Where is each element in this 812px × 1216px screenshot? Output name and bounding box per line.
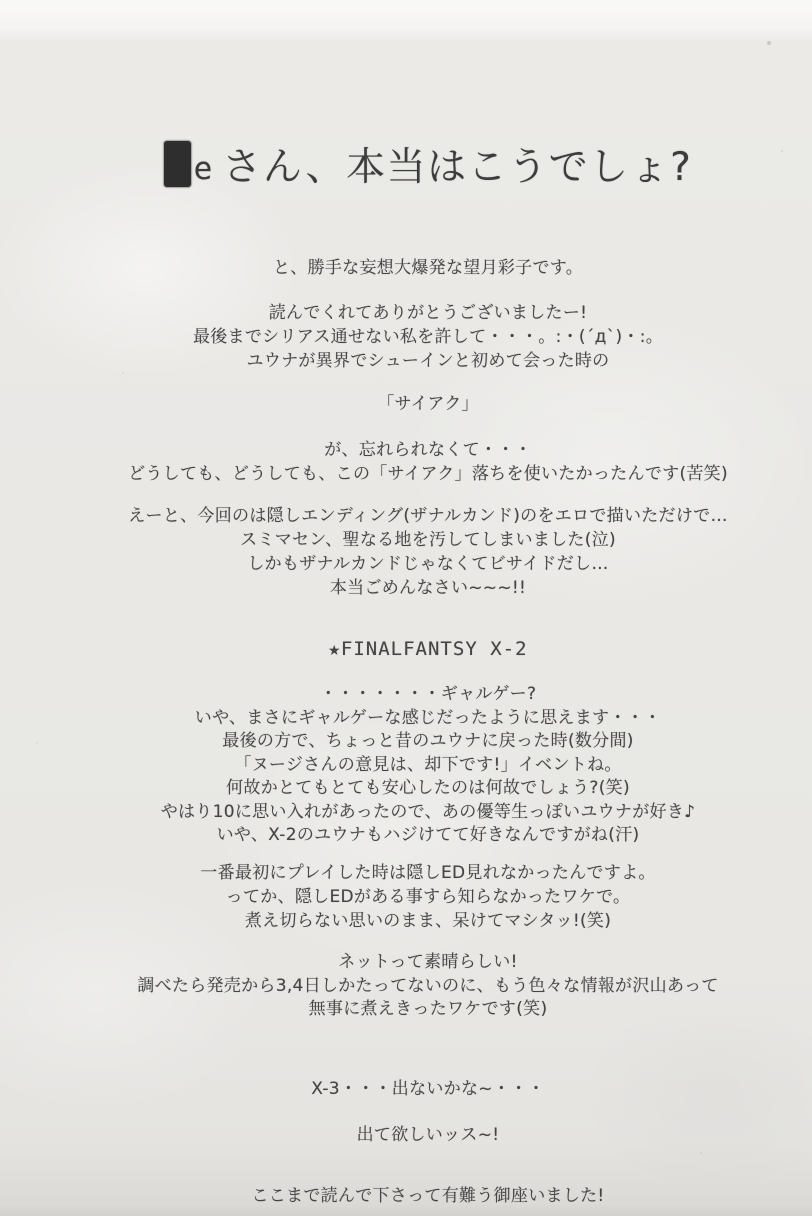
censor-block-icon — [164, 141, 191, 187]
text-line: しかもザナルカンドじゃなくてビサイドだし… — [58, 552, 798, 576]
text-line: ・・・・・・・ギャルゲー? — [58, 683, 798, 707]
text-line: ここまで読んで下さって有難う御座いました! — [58, 1185, 798, 1208]
text-block-hidden-ed: 一番最初にプレイした時は隠しED見れなかったんですよ。 ってか、隠しEDがある事… — [58, 861, 798, 933]
text-line: 調べたら発売から3,4日しかたってないのに、もう色々な情報が沢山あって — [58, 975, 798, 999]
text-line: えーと、今回のは隠しエンディング(ザナルカンド)のをエロで描いただけで… — [58, 504, 798, 528]
text-line: 最後の方で、ちょっと昔のユウナに戻った時(数分間) — [58, 730, 798, 754]
text-line: 煮え切らない思いのまま、呆けてマシタッ!(笑) — [58, 909, 798, 933]
text-line: ユウナが異界でシューインと初めて会った時の — [58, 349, 798, 373]
text-line: 何故かとてもとても安心したのは何故でしょう?(笑) — [58, 777, 798, 801]
text-block-net: ネットって素晴らしい! 調べたら発売から3,4日しかたってないのに、もう色々な情… — [58, 951, 798, 1022]
text-line: いや、まさにギャルゲーな感じだったように思えます・・・ — [58, 707, 798, 731]
text-line: スミマセン、聖なる地を汚してしまいました(泣) — [58, 528, 798, 552]
text-line: どうしても、どうしても、この「サイアク」落ちを使いたかったんです(苦笑) — [58, 462, 798, 486]
title-letter-e: e — [194, 151, 214, 187]
text-block-saiaku-quote: 「サイアク」 — [58, 393, 798, 416]
text-line: いや、X-2のユウナもハジけてて好きなんですがね(汗) — [58, 824, 798, 848]
text-line: 無事に煮えきったワケです(笑) — [58, 998, 798, 1022]
text-line: ★FINALFANTSY X-2 — [58, 638, 798, 661]
text-block-galge: ・・・・・・・ギャルゲー? いや、まさにギャルゲーな感じだったように思えます・・… — [58, 683, 798, 848]
text-block-hope: 出て欲しいッス~! — [58, 1124, 798, 1147]
text-line: 読んでくれてありがとうございましたー! — [58, 301, 798, 325]
text-line: 「サイアク」 — [58, 393, 798, 416]
text-line: と、勝手な妄想大爆発な望月彩子です。 — [58, 257, 798, 280]
scanned-afterword-page: { "colors": { "paper": "#e9e8e5", "ink":… — [0, 0, 812, 1216]
text-line: X-3・・・出ないかな~・・・ — [58, 1078, 798, 1101]
text-block-intro: と、勝手な妄想大爆発な望月彩子です。 — [58, 257, 798, 280]
game-title-heading: ★FINALFANTSY X-2 — [58, 638, 798, 661]
text-block-saiaku-comment: が、忘れられなくて・・・ どうしても、どうしても、この「サイアク」落ちを使いたか… — [58, 438, 798, 486]
text-line: ネットって素晴らしい! — [58, 951, 798, 975]
text-block-closing: ここまで読んで下さって有難う御座いました! — [58, 1185, 798, 1208]
text-line: が、忘れられなくて・・・ — [58, 438, 798, 462]
text-line: やはり10に思い入れがあったので、あの優等生っぽいユウナが好き♪ — [58, 801, 798, 825]
afterword-content: eさん、本当はこうでしょ? と、勝手な妄想大爆発な望月彩子です。 読んでくれてあ… — [0, 0, 812, 1216]
text-line: 一番最初にプレイした時は隠しED見れなかったんですよ。 — [58, 861, 798, 885]
page-title: eさん、本当はこうでしょ? — [58, 136, 798, 192]
text-block-x3: X-3・・・出ないかな~・・・ — [58, 1078, 798, 1101]
text-line: 最後までシリアス通せない私を許して・・・。:・(´д`)・:。 — [58, 325, 798, 349]
text-line: 本当ごめんなさい~~~!! — [58, 576, 798, 600]
text-line: ってか、隠しEDがある事すら知らなかったワケで。 — [58, 885, 798, 909]
title-text: さん、本当はこうでしょ? — [222, 145, 692, 190]
text-block-apology: えーと、今回のは隠しエンディング(ザナルカンド)のをエロで描いただけで… スミマ… — [58, 504, 798, 600]
text-line: 出て欲しいッス~! — [58, 1124, 798, 1147]
text-line: 「ヌージさんの意見は、却下です!」イベントね。 — [58, 754, 798, 778]
text-block-thanks: 読んでくれてありがとうございましたー! 最後までシリアス通せない私を許して・・・… — [58, 301, 798, 373]
